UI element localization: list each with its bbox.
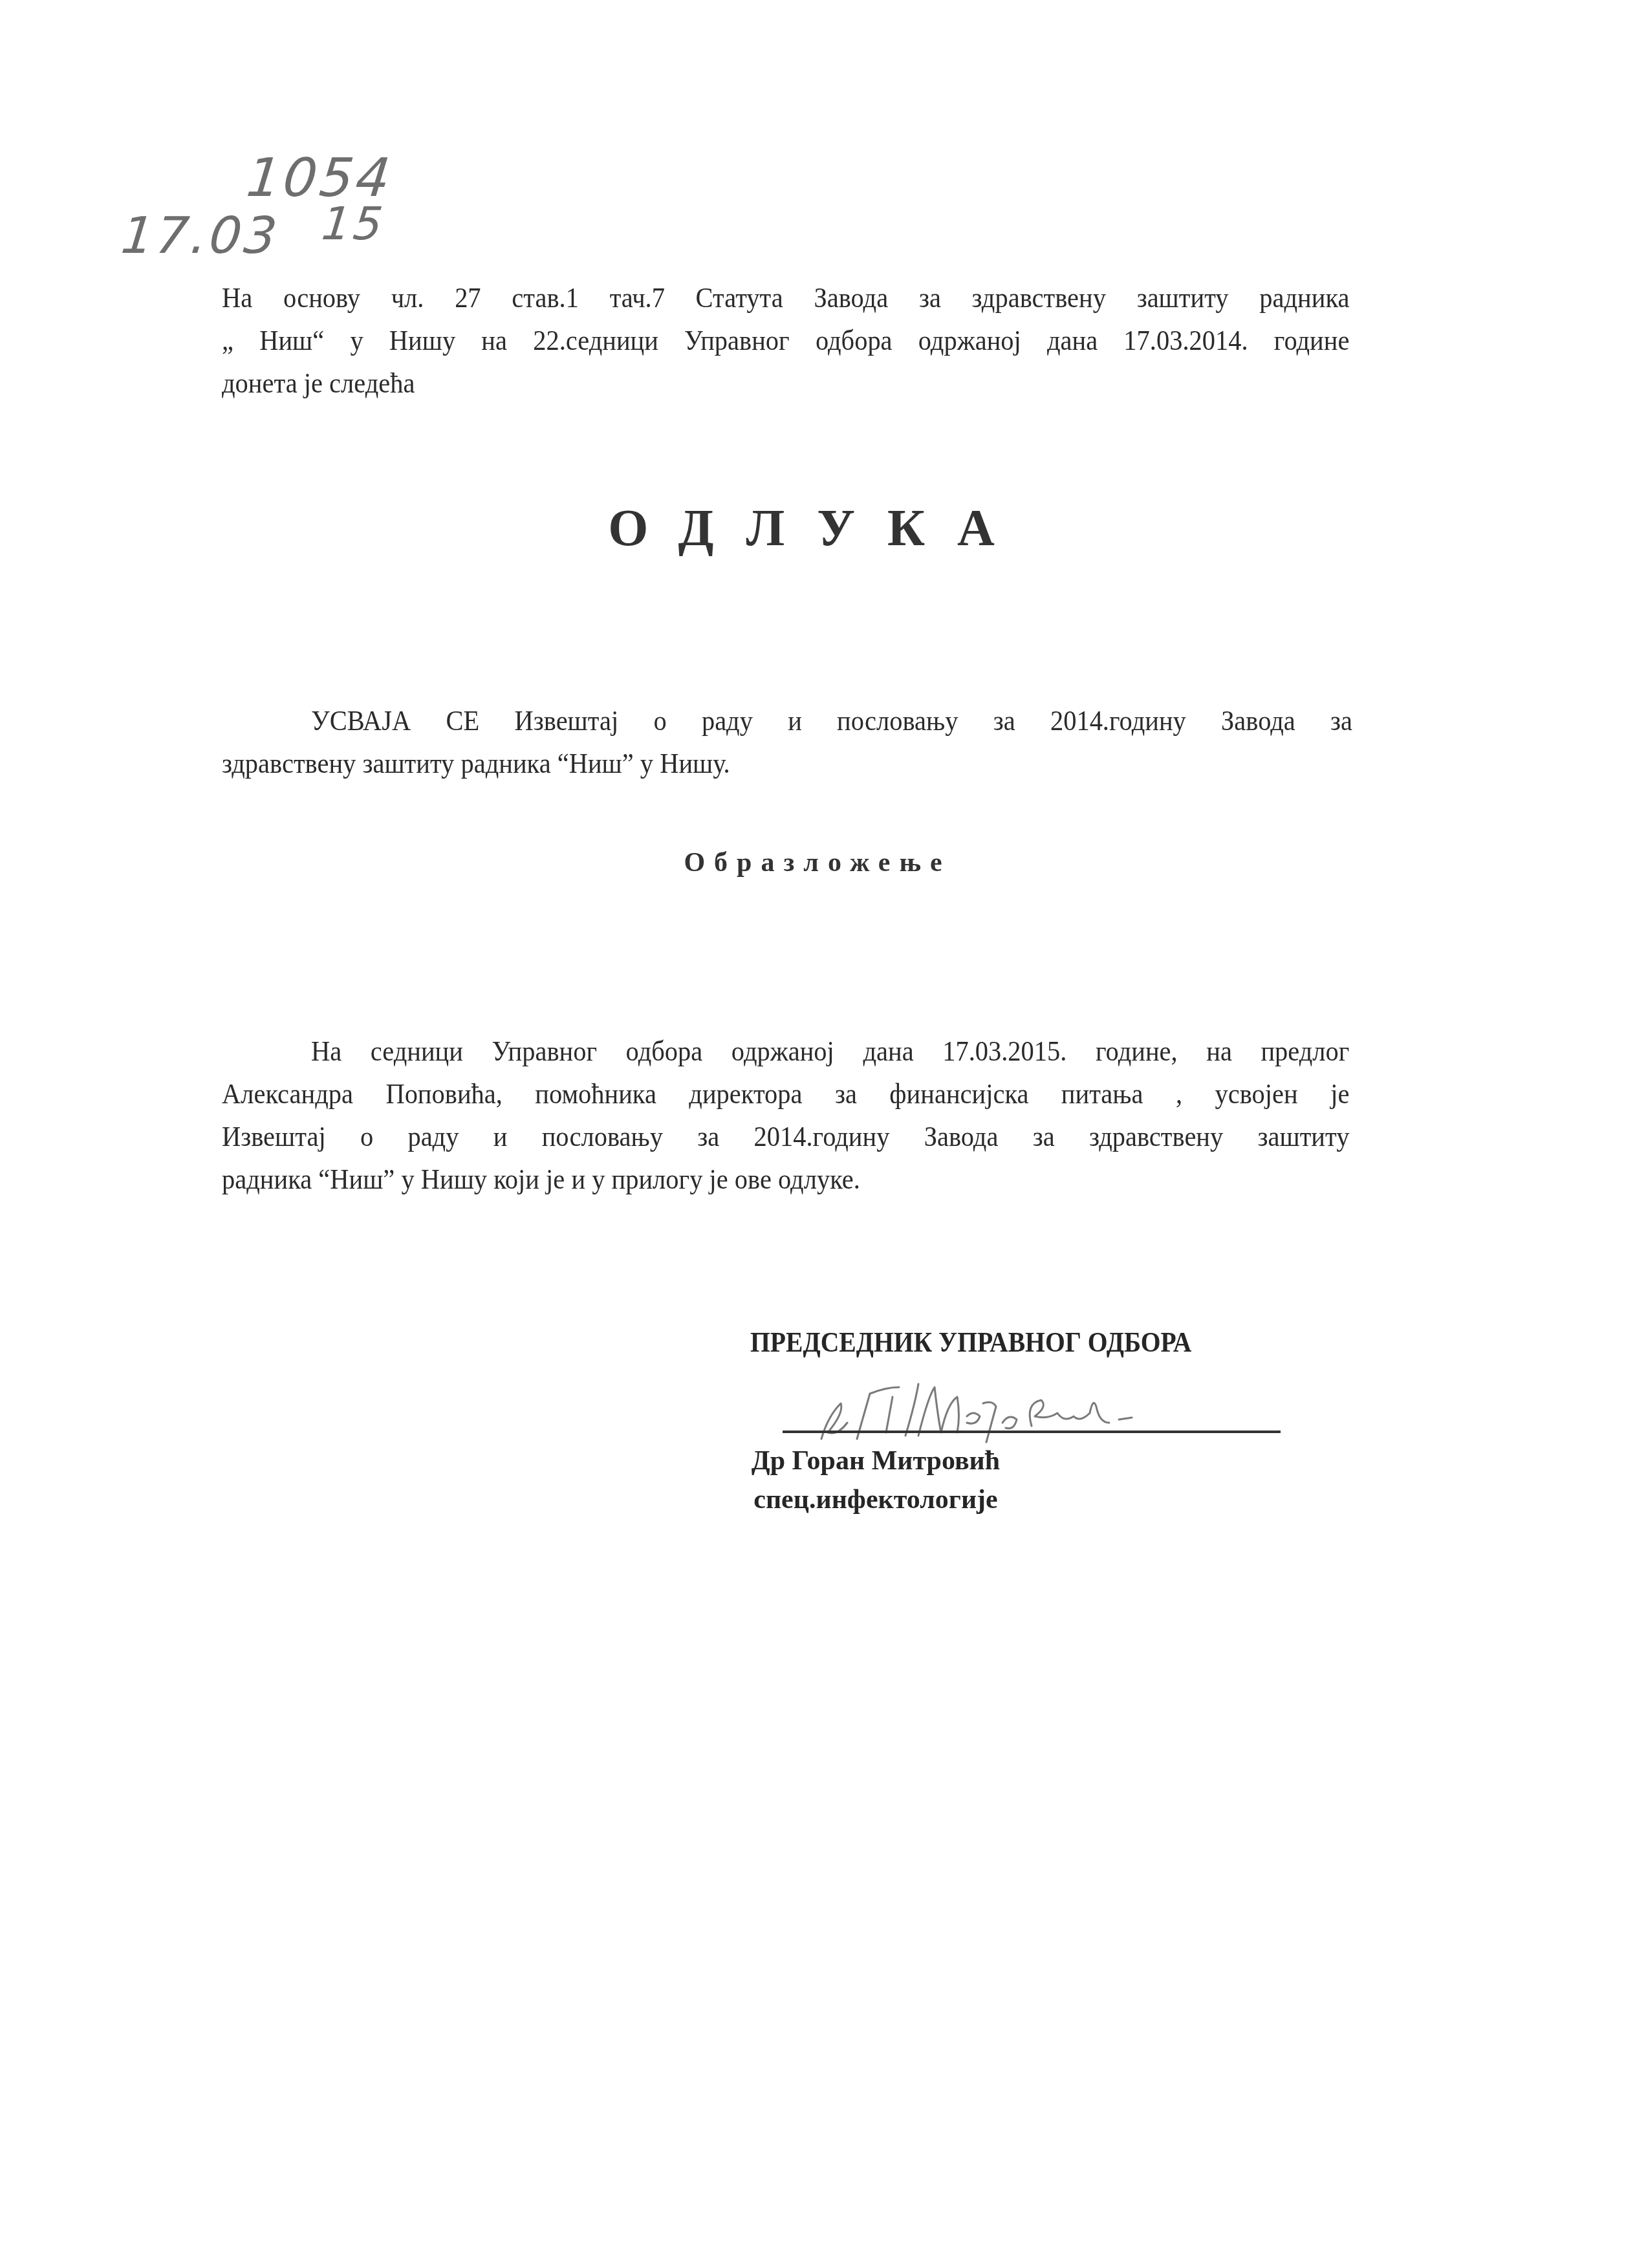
intro-line: „ Ниш“ у Нишу на 22.седници Управног одб… bbox=[222, 319, 1349, 362]
intro-paragraph: На основу чл. 27 став.1 тач.7 Статута За… bbox=[222, 277, 1349, 405]
document-title: ОДЛУКА bbox=[0, 499, 1635, 558]
handwritten-signature bbox=[808, 1377, 1261, 1449]
reasoning-line: Александра Поповића, помоћника директора… bbox=[222, 1073, 1349, 1116]
handwritten-date: 17.03 bbox=[118, 207, 282, 265]
reasoning-line: радника “Ниш” у Нишу који је и у прилогу… bbox=[222, 1158, 1349, 1201]
intro-line: донета је следећа bbox=[222, 362, 1349, 405]
intro-line: На основу чл. 27 став.1 тач.7 Статута За… bbox=[222, 277, 1349, 319]
signature-heading: ПРЕДСЕДНИК УПРАВНОГ ОДБОРА bbox=[750, 1326, 1191, 1359]
reasoning-title: Образложење bbox=[0, 847, 1635, 878]
decision-line: УСВАЈА СЕ Извештај о раду и пословању за… bbox=[222, 700, 1352, 742]
reasoning-line: На седници Управног одбора одржаној дана… bbox=[222, 1030, 1349, 1073]
handwritten-year: 15 bbox=[319, 197, 388, 250]
reasoning-paragraph: На седници Управног одбора одржаној дана… bbox=[222, 1030, 1349, 1201]
document-page: 1054 17.03 15 На основу чл. 27 став.1 та… bbox=[0, 0, 1635, 2268]
signatory-name: Др Горан Митровић bbox=[0, 1445, 1635, 1476]
decision-line: здравствену заштиту радника “Ниш” у Нишу… bbox=[222, 742, 1352, 785]
reasoning-line: Извештај о раду и пословању за 2014.годи… bbox=[222, 1116, 1349, 1158]
decision-paragraph: УСВАЈА СЕ Извештај о раду и пословању за… bbox=[222, 700, 1352, 785]
signatory-title: спец.инфектологије bbox=[0, 1484, 1635, 1515]
signature-line bbox=[783, 1431, 1281, 1433]
